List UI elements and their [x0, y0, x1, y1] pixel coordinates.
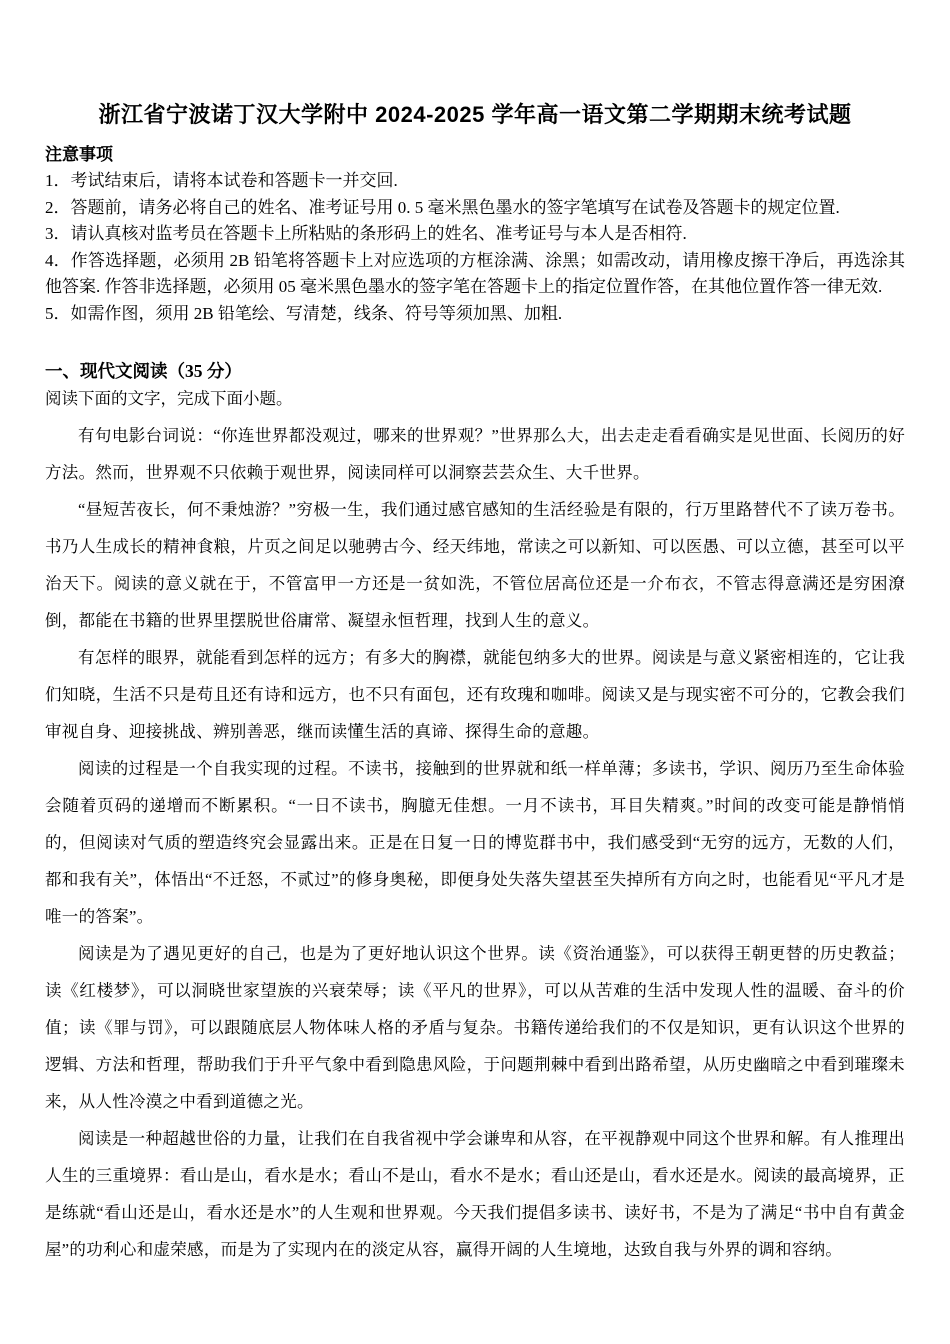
reading-paragraph: 有句电影台词说：“你连世界都没观过，哪来的世界观？”世界那么大，出去走走看看确实… [45, 417, 905, 491]
notice-item: 4．作答选择题，必须用 2B 铅笔将答题卡上对应选项的方框涂满、涂黑；如需改动，… [45, 248, 905, 301]
exam-paper-page: 浙江省宁波诺丁汉大学附中 2024-2025 学年高一语文第二学期期末统考试题 … [0, 0, 950, 1344]
reading-instruction: 阅读下面的文字，完成下面小题。 [45, 384, 905, 414]
notice-item: 2．答题前，请务必将自己的姓名、准考证号用 0. 5 毫米黑色墨水的签字笔填写在… [45, 195, 905, 222]
reading-paragraph: 有怎样的眼界，就能看到怎样的远方；有多大的胸襟，就能包纳多大的世界。阅读是与意义… [45, 639, 905, 750]
notice-item: 1．考试结束后，请将本试卷和答题卡一并交回. [45, 168, 905, 195]
notice-section: 注意事项 1．考试结束后，请将本试卷和答题卡一并交回. 2．答题前，请务必将自己… [45, 142, 905, 327]
notice-item: 5．如需作图，须用 2B 铅笔绘、写清楚，线条、符号等须加黑、加粗. [45, 301, 905, 328]
reading-paragraph: “昼短苦夜长，何不秉烛游？”穷极一生，我们通过感官感知的生活经验是有限的，行万里… [45, 491, 905, 639]
notice-list: 1．考试结束后，请将本试卷和答题卡一并交回. 2．答题前，请务必将自己的姓名、准… [45, 168, 905, 327]
notice-heading: 注意事项 [45, 142, 905, 168]
reading-paragraph: 阅读的过程是一个自我实现的过程。不读书，接触到的世界就和纸一样单薄；多读书，学识… [45, 750, 905, 935]
notice-item: 3．请认真核对监考员在答题卡上所粘贴的条形码上的姓名、准考证号与本人是否相符. [45, 221, 905, 248]
section-heading-modern-reading: 一、现代文阅读（35 分） [45, 358, 905, 384]
reading-paragraph: 阅读是为了遇见更好的自己，也是为了更好地认识这个世界。读《资治通鉴》，可以获得王… [45, 935, 905, 1120]
reading-passage: 有句电影台词说：“你连世界都没观过，哪来的世界观？”世界那么大，出去走走看看确实… [45, 417, 905, 1268]
reading-paragraph: 阅读是一种超越世俗的力量，让我们在自我省视中学会谦卑和从容，在平视静观中同这个世… [45, 1120, 905, 1268]
page-title: 浙江省宁波诺丁汉大学附中 2024-2025 学年高一语文第二学期期末统考试题 [45, 100, 905, 130]
